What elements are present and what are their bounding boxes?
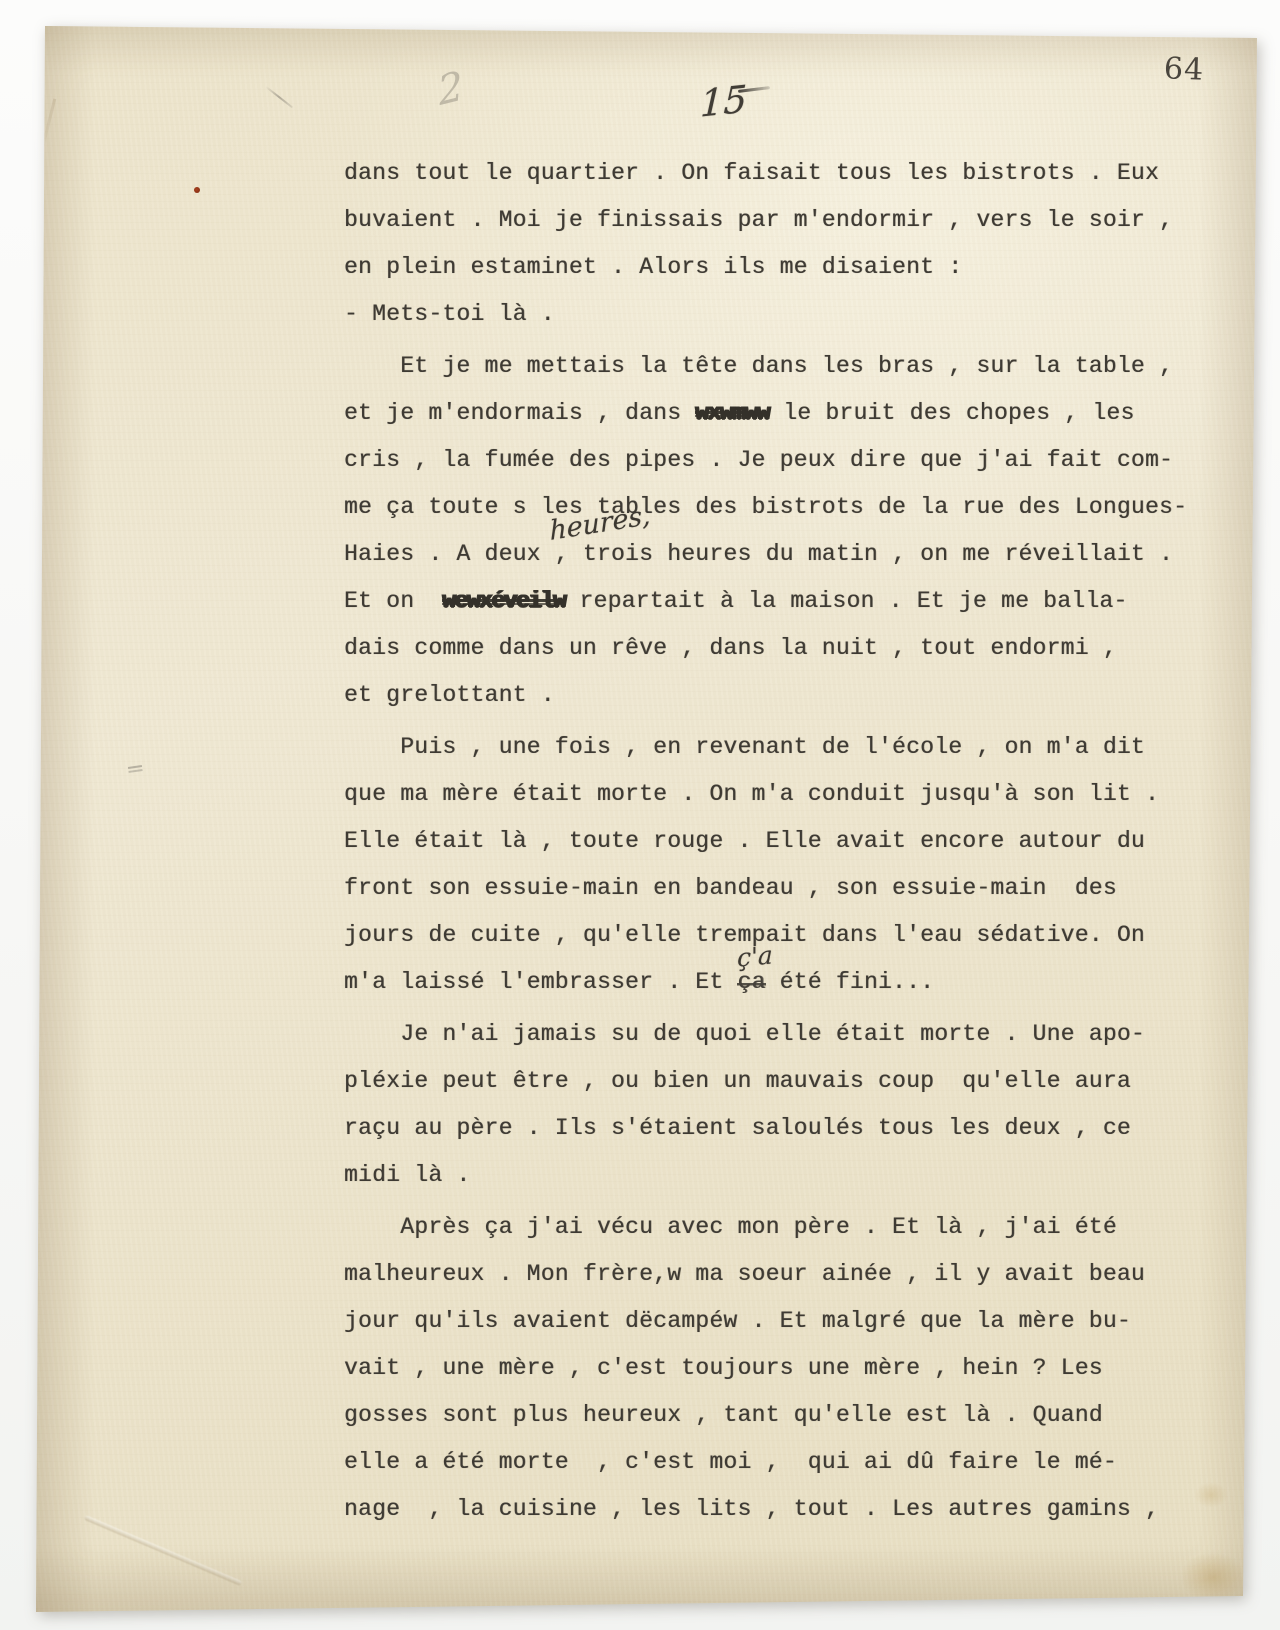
typescript-line: midi là .	[344, 1152, 1204, 1199]
paper-shadow-wrap: 64 15 2 dans tout le quartier . On faisa…	[0, 0, 1280, 1630]
typescript-line: me ça toute s les tables des bistrots de…	[344, 484, 1204, 531]
typescript-line: Je n'ai jamais su de quoi elle était mor…	[344, 1011, 1204, 1058]
typescript-line: Haies . A deux , trois heures du matin ,…	[344, 531, 1204, 578]
typescript-line: Elle était là , toute rouge . Elle avait…	[344, 818, 1204, 865]
typescript-line: et je m'endormais , dans wxwmww le bruit…	[344, 390, 1204, 437]
manuscript-page: 64 15 2 dans tout le quartier . On faisa…	[0, 0, 1280, 1630]
annotation-ca-correction: ç'a	[737, 940, 773, 972]
paper-crease	[84, 1515, 242, 1586]
typescript-line: dais comme dans un rêve , dans la nuit ,…	[344, 625, 1204, 672]
typescript-line: raçu au père . Ils s'étaient saloulés to…	[344, 1105, 1204, 1152]
red-ink-fleck	[194, 187, 200, 193]
typescript-line: front son essuie-main en bandeau , son e…	[344, 865, 1204, 912]
typescript-line: dans tout le quartier . On faisait tous …	[344, 150, 1204, 197]
typescript-line: Après ça j'ai vécu avec mon père . Et là…	[344, 1204, 1204, 1251]
typescript-line: elle a été morte , c'est moi , qui ai dû…	[344, 1439, 1204, 1486]
faint-pencil-mark: 2	[436, 63, 466, 115]
typescript-line: - Mets-toi là .	[344, 291, 1204, 338]
typescript-line: et grelottant .	[344, 672, 1204, 719]
typescript-line: Et je me mettais la tête dans les bras ,…	[344, 343, 1204, 390]
typescript-line: vait , une mère , c'est toujours une mèr…	[344, 1345, 1204, 1392]
section-number-handwritten: 15	[699, 77, 747, 125]
paper-stain	[1180, 1552, 1246, 1602]
typescript-lines: dans tout le quartier . On faisait tous …	[344, 150, 1204, 1533]
paper-crease	[39, 99, 56, 158]
typescript-line: que ma mère était morte . On m'a conduit…	[344, 771, 1204, 818]
typescript-line: en plein estaminet . Alors ils me disaie…	[344, 244, 1204, 291]
typescript-line: pléxie peut être , ou bien un mauvais co…	[344, 1058, 1204, 1105]
typescript-line: malheureux . Mon frère,w ma soeur ainée …	[344, 1251, 1204, 1298]
typescript-line: buvaient . Moi je finissais par m'endorm…	[344, 197, 1204, 244]
typescript-line: jours de cuite , qu'elle trempait dans l…	[344, 912, 1204, 959]
page-number: 64	[1163, 51, 1204, 87]
paper-stain	[1194, 1482, 1228, 1508]
typescript-line: gosses sont plus heureux , tant qu'elle …	[344, 1392, 1204, 1439]
typescript-line: nage , la cuisine , les lits , tout . Le…	[344, 1486, 1204, 1533]
typescript-line: jour qu'ils avaient dëcampéw . Et malgré…	[344, 1298, 1204, 1345]
typescript-line: Et on wewxéveilw repartait à la maison .…	[344, 578, 1204, 625]
pencil-scratch	[265, 86, 293, 109]
typescript-line: Puis , une fois , en revenant de l'école…	[344, 724, 1204, 771]
typescript-line: m'a laissé l'embrasser . Et ça été fini.…	[344, 959, 1204, 1006]
background-scratch	[1096, 0, 1157, 27]
typescript-line: cris , la fumée des pipes . Je peux dire…	[344, 437, 1204, 484]
margin-mark	[128, 765, 142, 769]
